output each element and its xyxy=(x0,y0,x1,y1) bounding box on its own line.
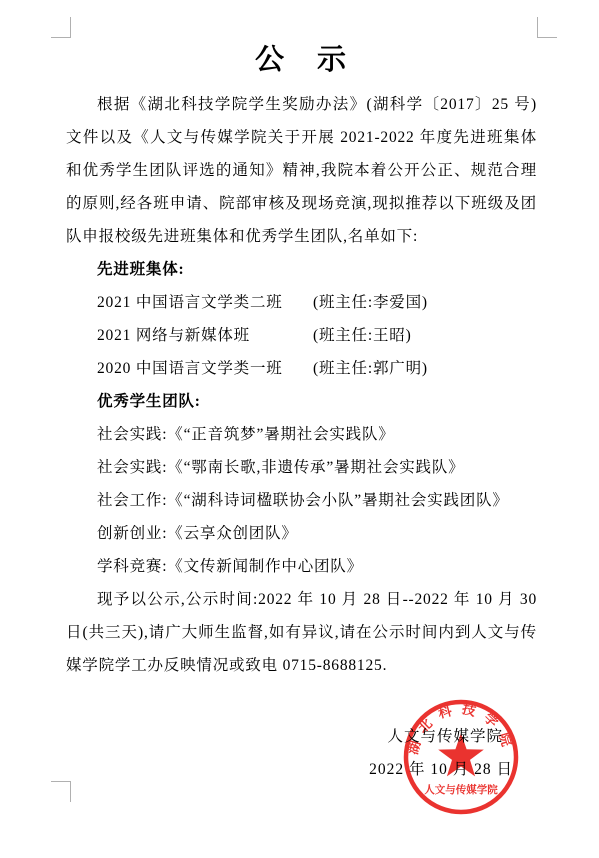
star-icon xyxy=(438,733,484,776)
margin-crop-mark-bottom-left xyxy=(51,781,71,802)
class-row: 2020 中国语言文学类一班(班主任:郭广明) xyxy=(66,352,537,385)
section-heading-outstanding-teams: 优秀学生团队: xyxy=(66,385,537,418)
team-item: 社会实践:《“鄂南长歌,非遗传承”暑期社会实践队》 xyxy=(66,451,537,484)
class-name: 2021 中国语言文学类二班 xyxy=(97,286,313,319)
class-name: 2021 网络与新媒体班 xyxy=(97,319,313,352)
intro-paragraph: 根据《湖北科技学院学生奖励办法》(湖科学〔2017〕25 号)文件以及《人文与传… xyxy=(66,88,537,253)
word-document-page: 公 示 根据《湖北科技学院学生奖励办法》(湖科学〔2017〕25 号)文件以及《… xyxy=(0,0,599,858)
document-body: 根据《湖北科技学院学生奖励办法》(湖科学〔2017〕25 号)文件以及《人文与传… xyxy=(66,88,537,682)
team-item: 学科竞赛:《文传新闻制作中心团队》 xyxy=(66,550,537,583)
class-name: 2020 中国语言文学类一班 xyxy=(97,352,313,385)
margin-crop-mark-top-left xyxy=(51,17,71,38)
class-row: 2021 网络与新媒体班(班主任:王昭) xyxy=(66,319,537,352)
team-item: 社会工作:《“湖科诗词楹联协会小队”暑期社会实践团队》 xyxy=(66,484,537,517)
closing-paragraph: 现予以公示,公示时间:2022 年 10 月 28 日--2022 年 10 月… xyxy=(66,583,537,682)
page-title: 公 示 xyxy=(66,42,537,78)
team-item: 社会实践:《“正音筑梦”暑期社会实践队》 xyxy=(66,418,537,451)
class-teacher: (班主任:王昭) xyxy=(313,327,412,344)
section-heading-advanced-classes: 先进班集体: xyxy=(66,253,537,286)
team-item: 创新创业:《云享众创团队》 xyxy=(66,517,537,550)
seal-inner-text: 人文与传媒学院 xyxy=(424,783,498,796)
official-seal-stamp: 湖北科技学院 人文与传媒学院 xyxy=(401,697,521,817)
margin-crop-mark-top-right xyxy=(537,17,557,38)
class-teacher: (班主任:李爱国) xyxy=(313,294,428,311)
class-row: 2021 中国语言文学类二班(班主任:李爱国) xyxy=(66,286,537,319)
class-teacher: (班主任:郭广明) xyxy=(313,360,428,377)
